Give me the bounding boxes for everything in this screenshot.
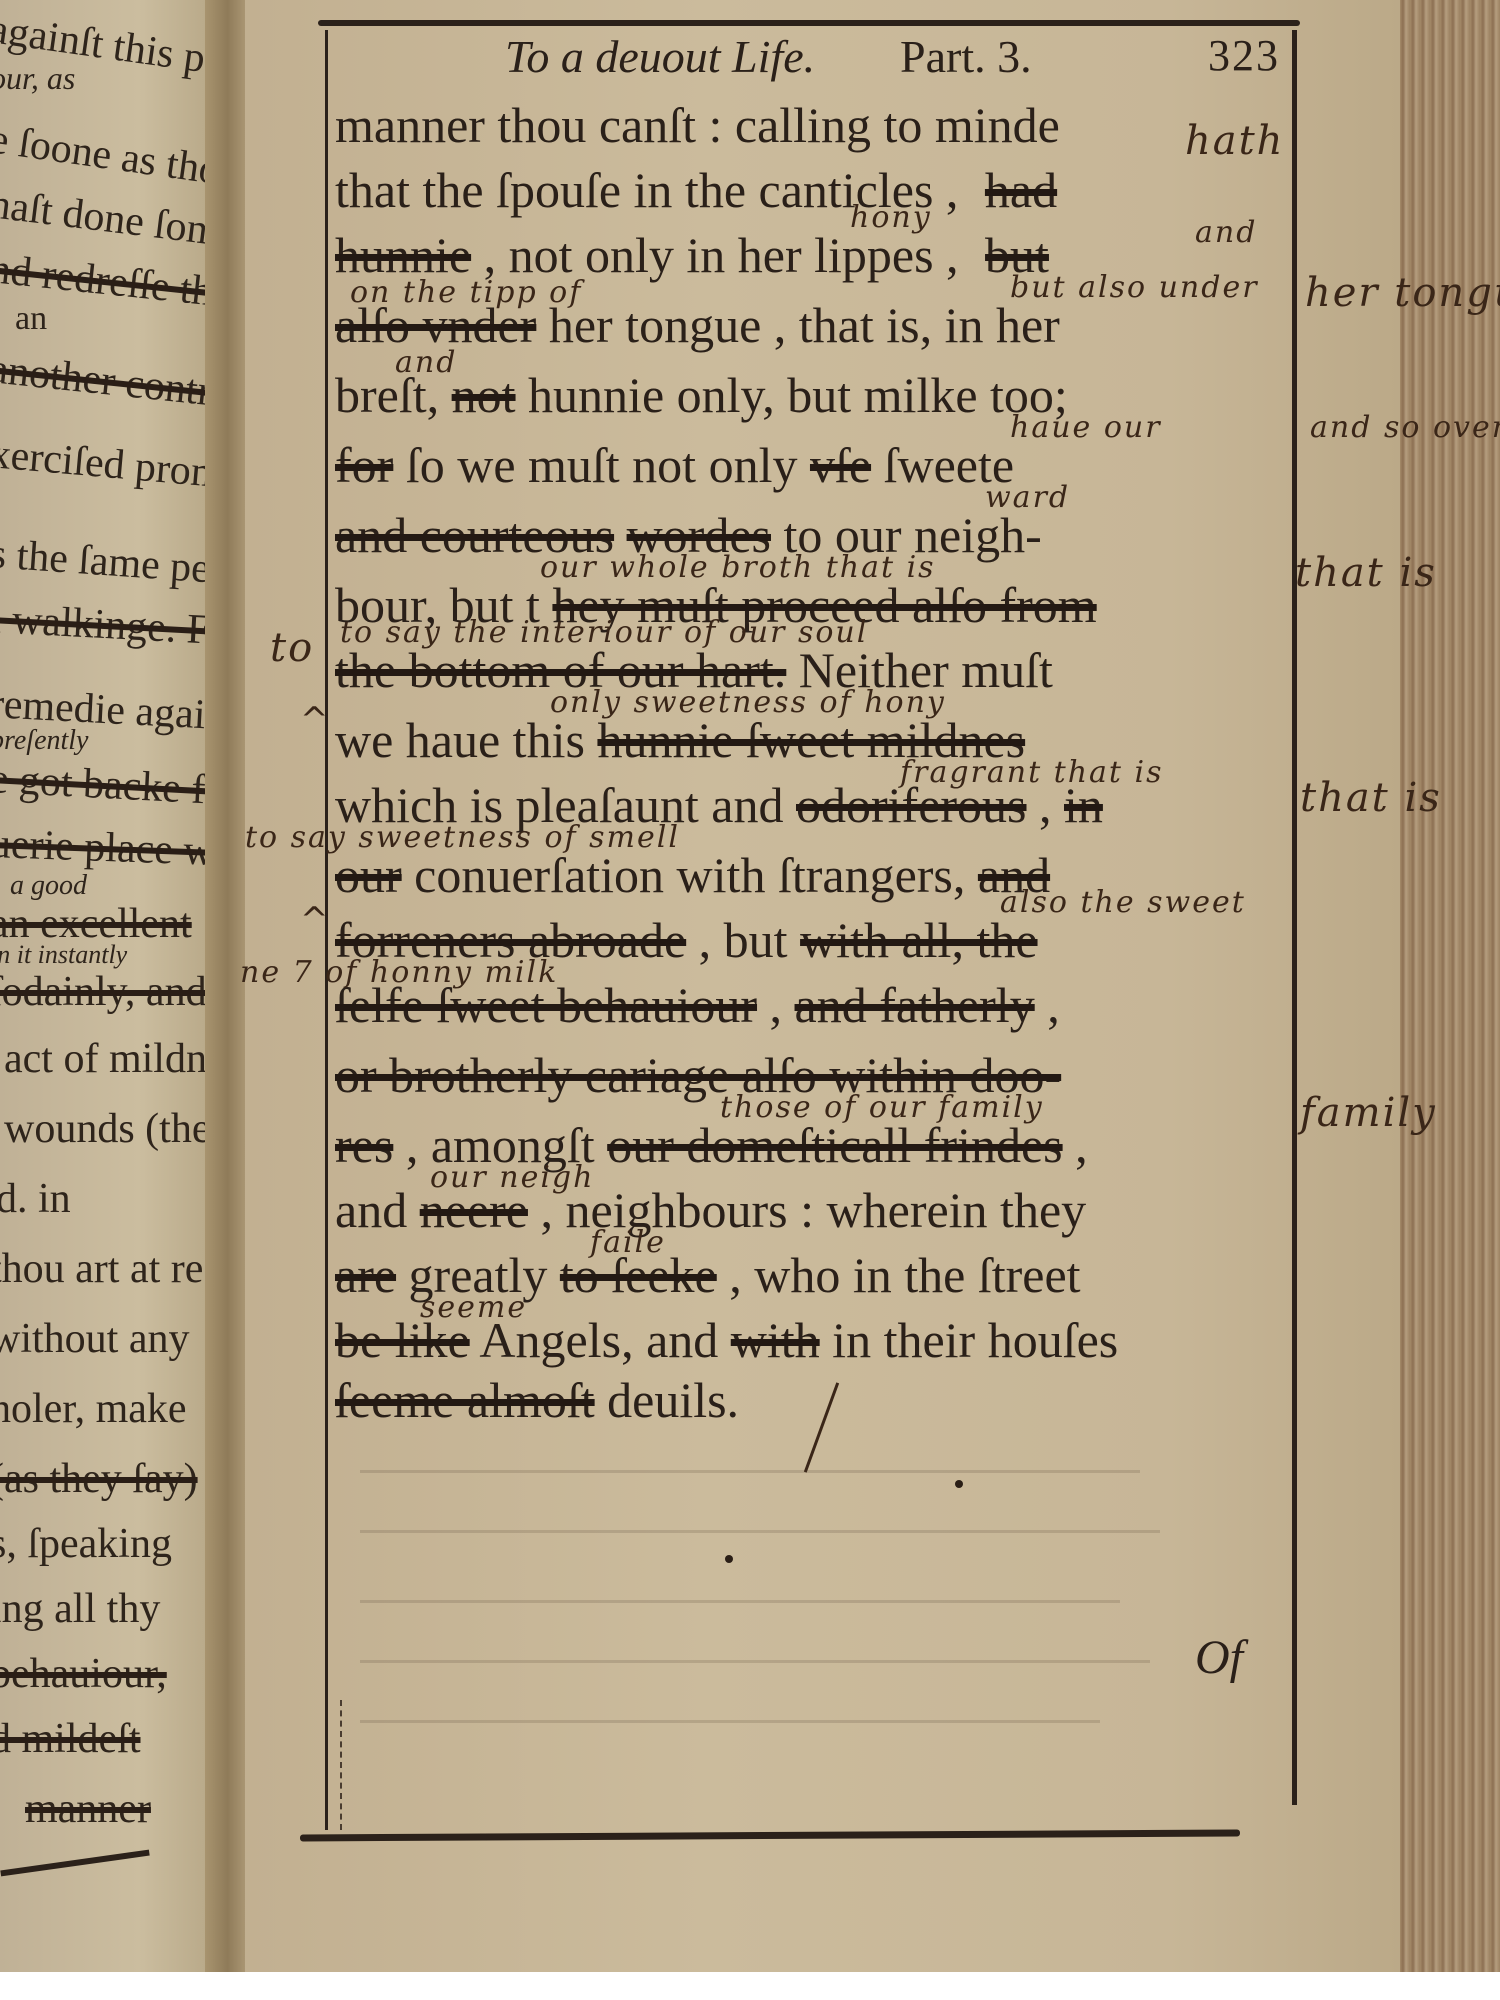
text-segment: , who in the ſtreet	[729, 1247, 1080, 1303]
handwritten-note: to say the interiour of our soul	[340, 615, 868, 650]
facing-line: without any	[0, 1315, 189, 1363]
caret-mark: ^	[300, 900, 329, 940]
text-line: ſeeme almoſt deuils.	[335, 1370, 739, 1430]
ink-spot	[955, 1480, 963, 1488]
struck-segment: res	[335, 1117, 393, 1173]
facing-line: our, as	[0, 60, 75, 97]
struck-segment: not	[452, 367, 516, 423]
text-segment: deuils.	[607, 1372, 739, 1428]
handwritten-note: ward	[985, 480, 1070, 515]
text-segment: ſo we muſt not only	[406, 437, 810, 493]
bleed-through	[360, 1660, 1150, 1663]
facing-line: d mildeſt	[0, 1715, 141, 1763]
frame-top-rule	[318, 20, 1300, 26]
book-photograph: againſt this paſſ our, as e ſoone as tho…	[0, 0, 1500, 1972]
handwritten-note: only sweetness of hony	[550, 685, 946, 720]
handwritten-note: and	[395, 345, 457, 380]
facing-line: an	[15, 300, 47, 338]
text-segment: conuerſation with ſtrangers,	[414, 847, 978, 903]
frame-inner-rule	[340, 1700, 342, 1830]
handwritten-note: ne 7 of honny milk	[240, 955, 558, 990]
facing-page-bottom-rule	[0, 1850, 149, 1877]
text-segment: manner thou canſt : calling to minde	[335, 97, 1060, 153]
handwritten-note: hony	[850, 200, 932, 235]
margin-note-right: and so over owrn	[1310, 410, 1500, 445]
bleed-through	[360, 1600, 1120, 1603]
bleed-through	[360, 1720, 1100, 1723]
ink-spot	[725, 1555, 733, 1563]
struck-segment: for	[335, 437, 393, 493]
margin-note-left: to	[270, 625, 314, 671]
facing-line: s the ſame perio	[0, 530, 232, 597]
text-line: for ſo we muſt not only vſe ſweete	[335, 435, 1014, 495]
facing-line: d. in	[0, 1175, 71, 1223]
handwritten-note: fragrant that is	[900, 755, 1164, 790]
caret-mark: ^	[300, 700, 329, 740]
facing-line: e got backe from	[0, 755, 232, 818]
struck-segment: with	[731, 1312, 820, 1368]
facing-line: holer, make	[0, 1385, 187, 1433]
text-segment: ,	[1047, 977, 1060, 1033]
text-segment: and	[335, 1182, 420, 1238]
margin-note-right: her tongue	[1305, 270, 1500, 316]
facing-line: l walkinge. Fo	[0, 595, 232, 656]
facing-line: another contrari	[0, 345, 232, 421]
handwritten-note: haue our	[1010, 410, 1162, 445]
facing-line: ſodainly, and	[0, 968, 207, 1016]
facing-line: act of mildnes	[4, 1035, 232, 1083]
handwritten-note: our whole broth that is	[540, 550, 936, 585]
handwritten-note: hath	[1185, 118, 1284, 164]
struck-segment: with all, the	[800, 912, 1037, 968]
handwritten-note: and	[1195, 215, 1257, 250]
handwritten-note: on the tipp of	[350, 275, 582, 310]
handwritten-note: also the sweet	[1000, 885, 1246, 920]
struck-segment: vſe	[810, 437, 871, 493]
margin-note-right: family	[1300, 1090, 1437, 1136]
running-head: To a deuout Life.	[505, 30, 815, 83]
struck-segment: our	[335, 847, 402, 903]
text-line: manner thou canſt : calling to minde	[335, 95, 1060, 155]
struck-segment: and fatherly	[795, 977, 1035, 1033]
page-number: 323	[1208, 30, 1280, 81]
handwritten-note: those of our family	[720, 1090, 1044, 1125]
text-segment: we haue this	[335, 712, 597, 768]
margin-note-right: that is	[1300, 775, 1442, 821]
handwritten-note: to say sweetness of smell	[245, 820, 680, 855]
facing-line: wounds (they	[4, 1105, 231, 1153]
struck-segment: ſeeme almoſt	[335, 1372, 595, 1428]
margin-note-right: that is	[1295, 550, 1437, 596]
text-segment: hunnie only, but milke too;	[528, 367, 1068, 423]
text-segment: ,	[1075, 1117, 1088, 1173]
facing-page: againſt this paſſ our, as e ſoone as tho…	[0, 0, 232, 1972]
struck-segment: had	[985, 162, 1057, 218]
catchword: Of	[1195, 1630, 1243, 1685]
struck-segment: are	[335, 1247, 396, 1303]
handwritten-note: but also under	[1010, 270, 1259, 305]
facing-line: in it instantly	[0, 940, 127, 970]
facing-line: xerciſed promiſ	[0, 430, 232, 500]
text-segment: her tongue , that is, in her	[549, 297, 1060, 353]
text-segment: in their houſes	[832, 1312, 1118, 1368]
part-label: Part. 3.	[900, 30, 1032, 83]
bleed-through	[360, 1470, 1140, 1473]
facing-line: (as they ſay)	[0, 1455, 198, 1503]
handwritten-note: our neigh	[430, 1160, 594, 1195]
facing-line: ing all thy	[0, 1585, 160, 1633]
facing-line: preſently	[0, 725, 88, 757]
bleed-through	[360, 1530, 1160, 1533]
handwritten-note: faile	[590, 1225, 666, 1260]
facing-line: manner	[25, 1785, 151, 1833]
text-line: that the ſpouſe in the canticles , had	[335, 160, 1057, 220]
facing-line: thou art at re	[0, 1245, 203, 1293]
struck-segment: our domeſticall frindes	[607, 1117, 1062, 1173]
handwritten-note: seeme	[420, 1290, 527, 1325]
text-segment: ,	[770, 977, 795, 1033]
facing-line: behauiour,	[0, 1650, 167, 1698]
facing-line: a good	[10, 870, 87, 902]
text-segment: , but	[699, 912, 800, 968]
facing-line: s, ſpeaking	[0, 1520, 172, 1568]
frame-right-rule	[1292, 30, 1297, 1805]
